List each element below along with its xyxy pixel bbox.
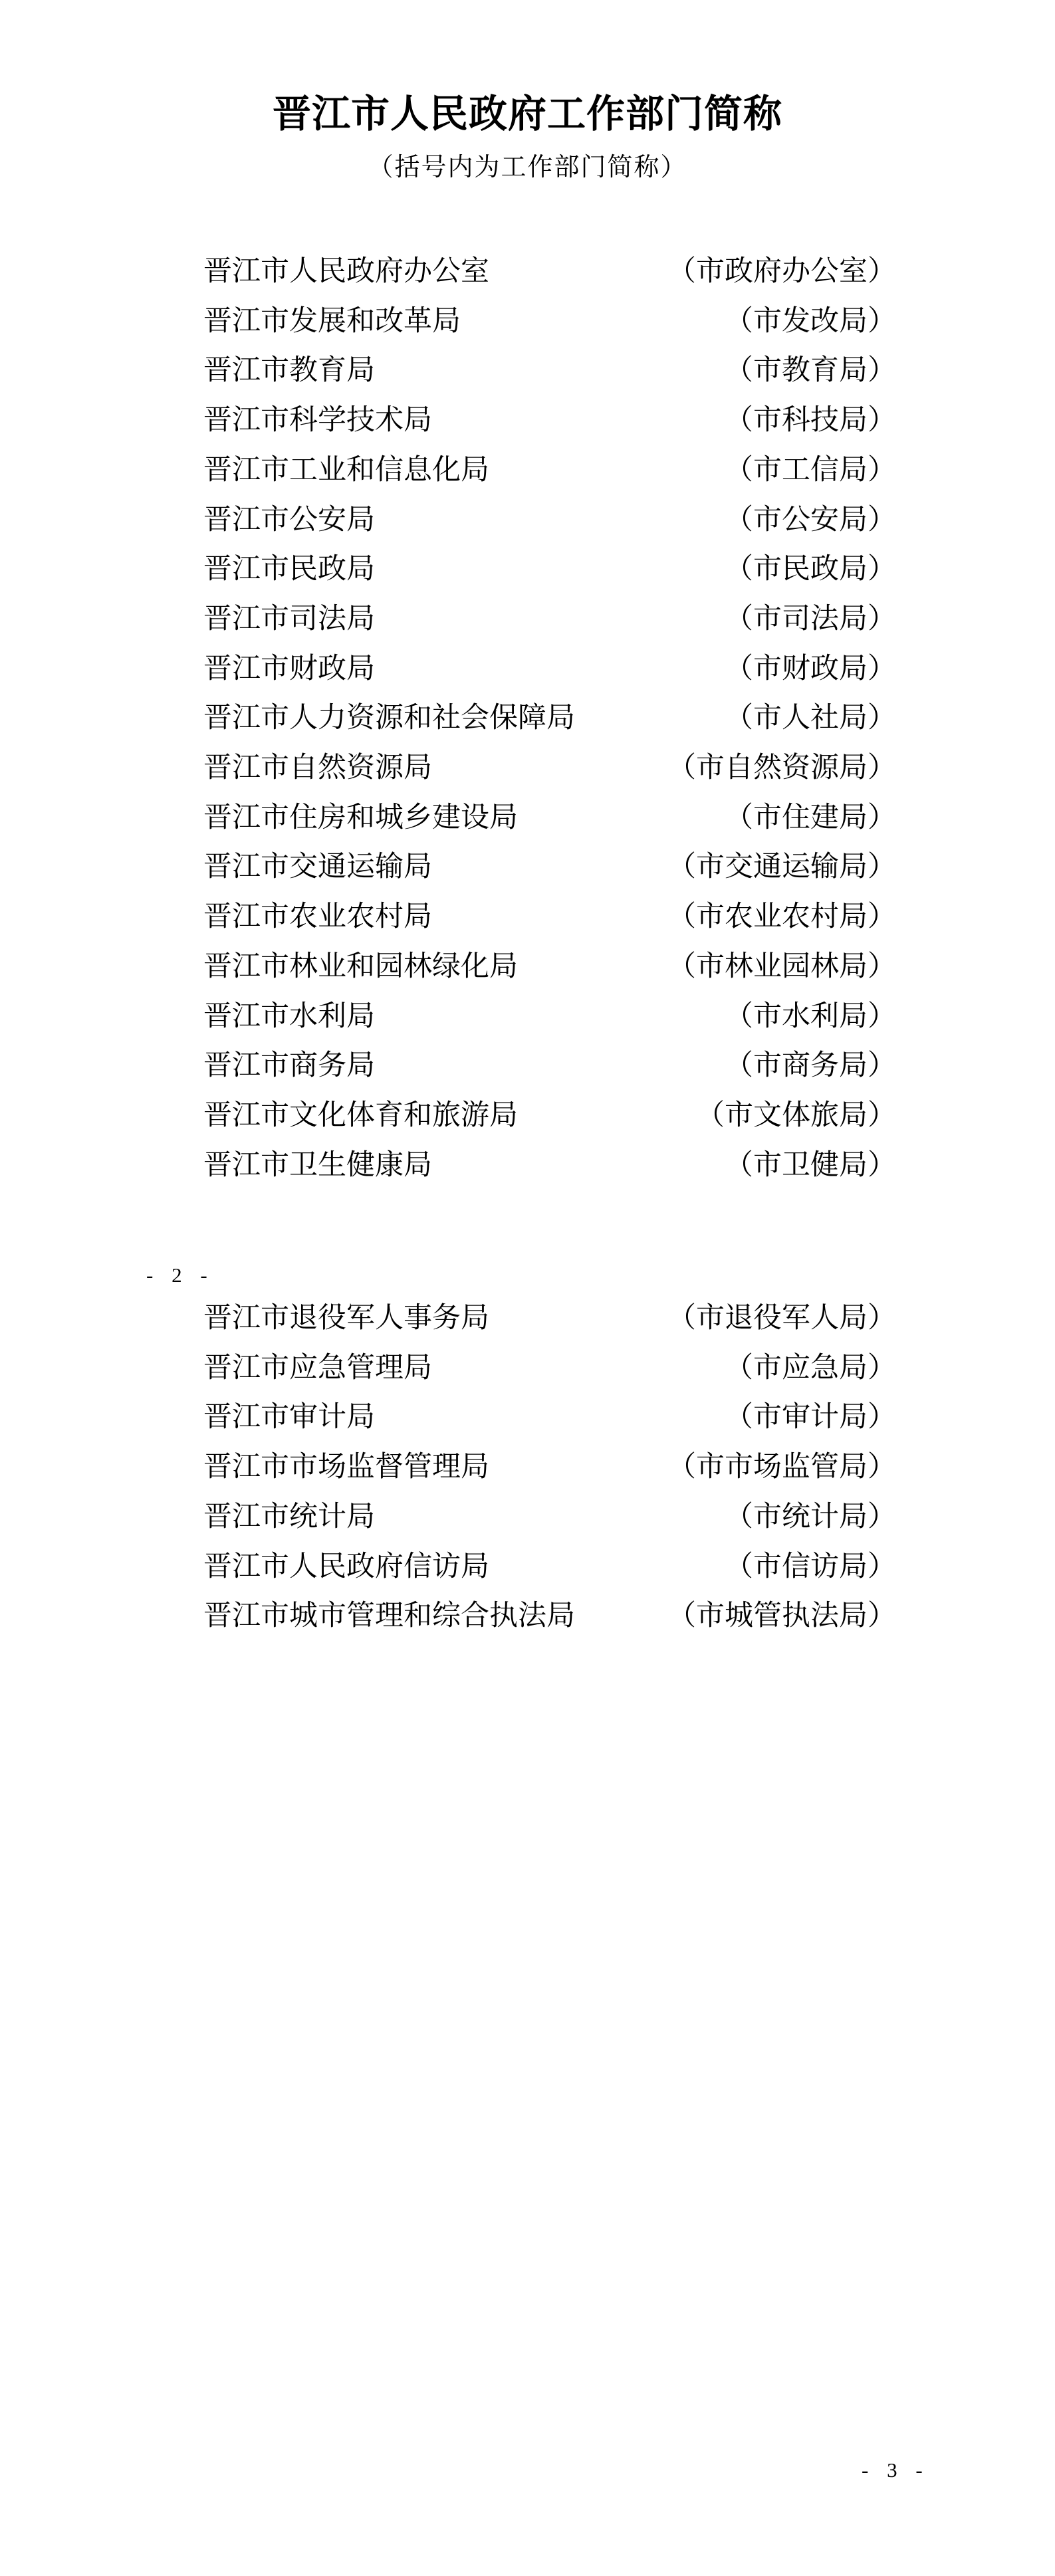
page-number-3: - 3 - bbox=[862, 2459, 926, 2482]
list-item: 晋江市退役军人事务局（市退役军人局） bbox=[203, 1303, 896, 1334]
department-name: 晋江市市场监督管理局 bbox=[203, 1452, 489, 1483]
department-abbr: （市城管执法局） bbox=[667, 1601, 896, 1632]
document-page: 晋江市人民政府工作部门简称 （括号内为工作部门简称） 晋江市人民政府办公室（市政… bbox=[0, 0, 1055, 2576]
department-abbr: （市应急局） bbox=[725, 1353, 896, 1384]
list-item: 晋江市审计局（市审计局） bbox=[203, 1402, 896, 1433]
department-abbr: （市审计局） bbox=[725, 1402, 896, 1433]
list-item: 晋江市统计局（市统计局） bbox=[203, 1502, 896, 1533]
department-name: 晋江市应急管理局 bbox=[203, 1353, 432, 1384]
list-item: 晋江市人民政府信访局（市信访局） bbox=[203, 1552, 896, 1582]
department-abbr: （市退役军人局） bbox=[667, 1303, 896, 1334]
department-abbr: （市市场监管局） bbox=[667, 1452, 896, 1483]
list-item: 晋江市应急管理局（市应急局） bbox=[203, 1353, 896, 1384]
department-name: 晋江市退役军人事务局 bbox=[203, 1303, 489, 1334]
department-abbr: （市统计局） bbox=[725, 1502, 896, 1533]
department-name: 晋江市审计局 bbox=[203, 1402, 375, 1433]
department-name: 晋江市人民政府信访局 bbox=[203, 1552, 489, 1582]
department-abbr: （市信访局） bbox=[725, 1552, 896, 1582]
department-name: 晋江市统计局 bbox=[203, 1502, 375, 1533]
list-item: 晋江市城市管理和综合执法局（市城管执法局） bbox=[203, 1601, 896, 1632]
department-name: 晋江市城市管理和综合执法局 bbox=[203, 1601, 575, 1632]
department-list-page3: 晋江市退役军人事务局（市退役军人局）晋江市应急管理局（市应急局）晋江市审计局（市… bbox=[0, 0, 1055, 2576]
list-item: 晋江市市场监督管理局（市市场监管局） bbox=[203, 1452, 896, 1483]
